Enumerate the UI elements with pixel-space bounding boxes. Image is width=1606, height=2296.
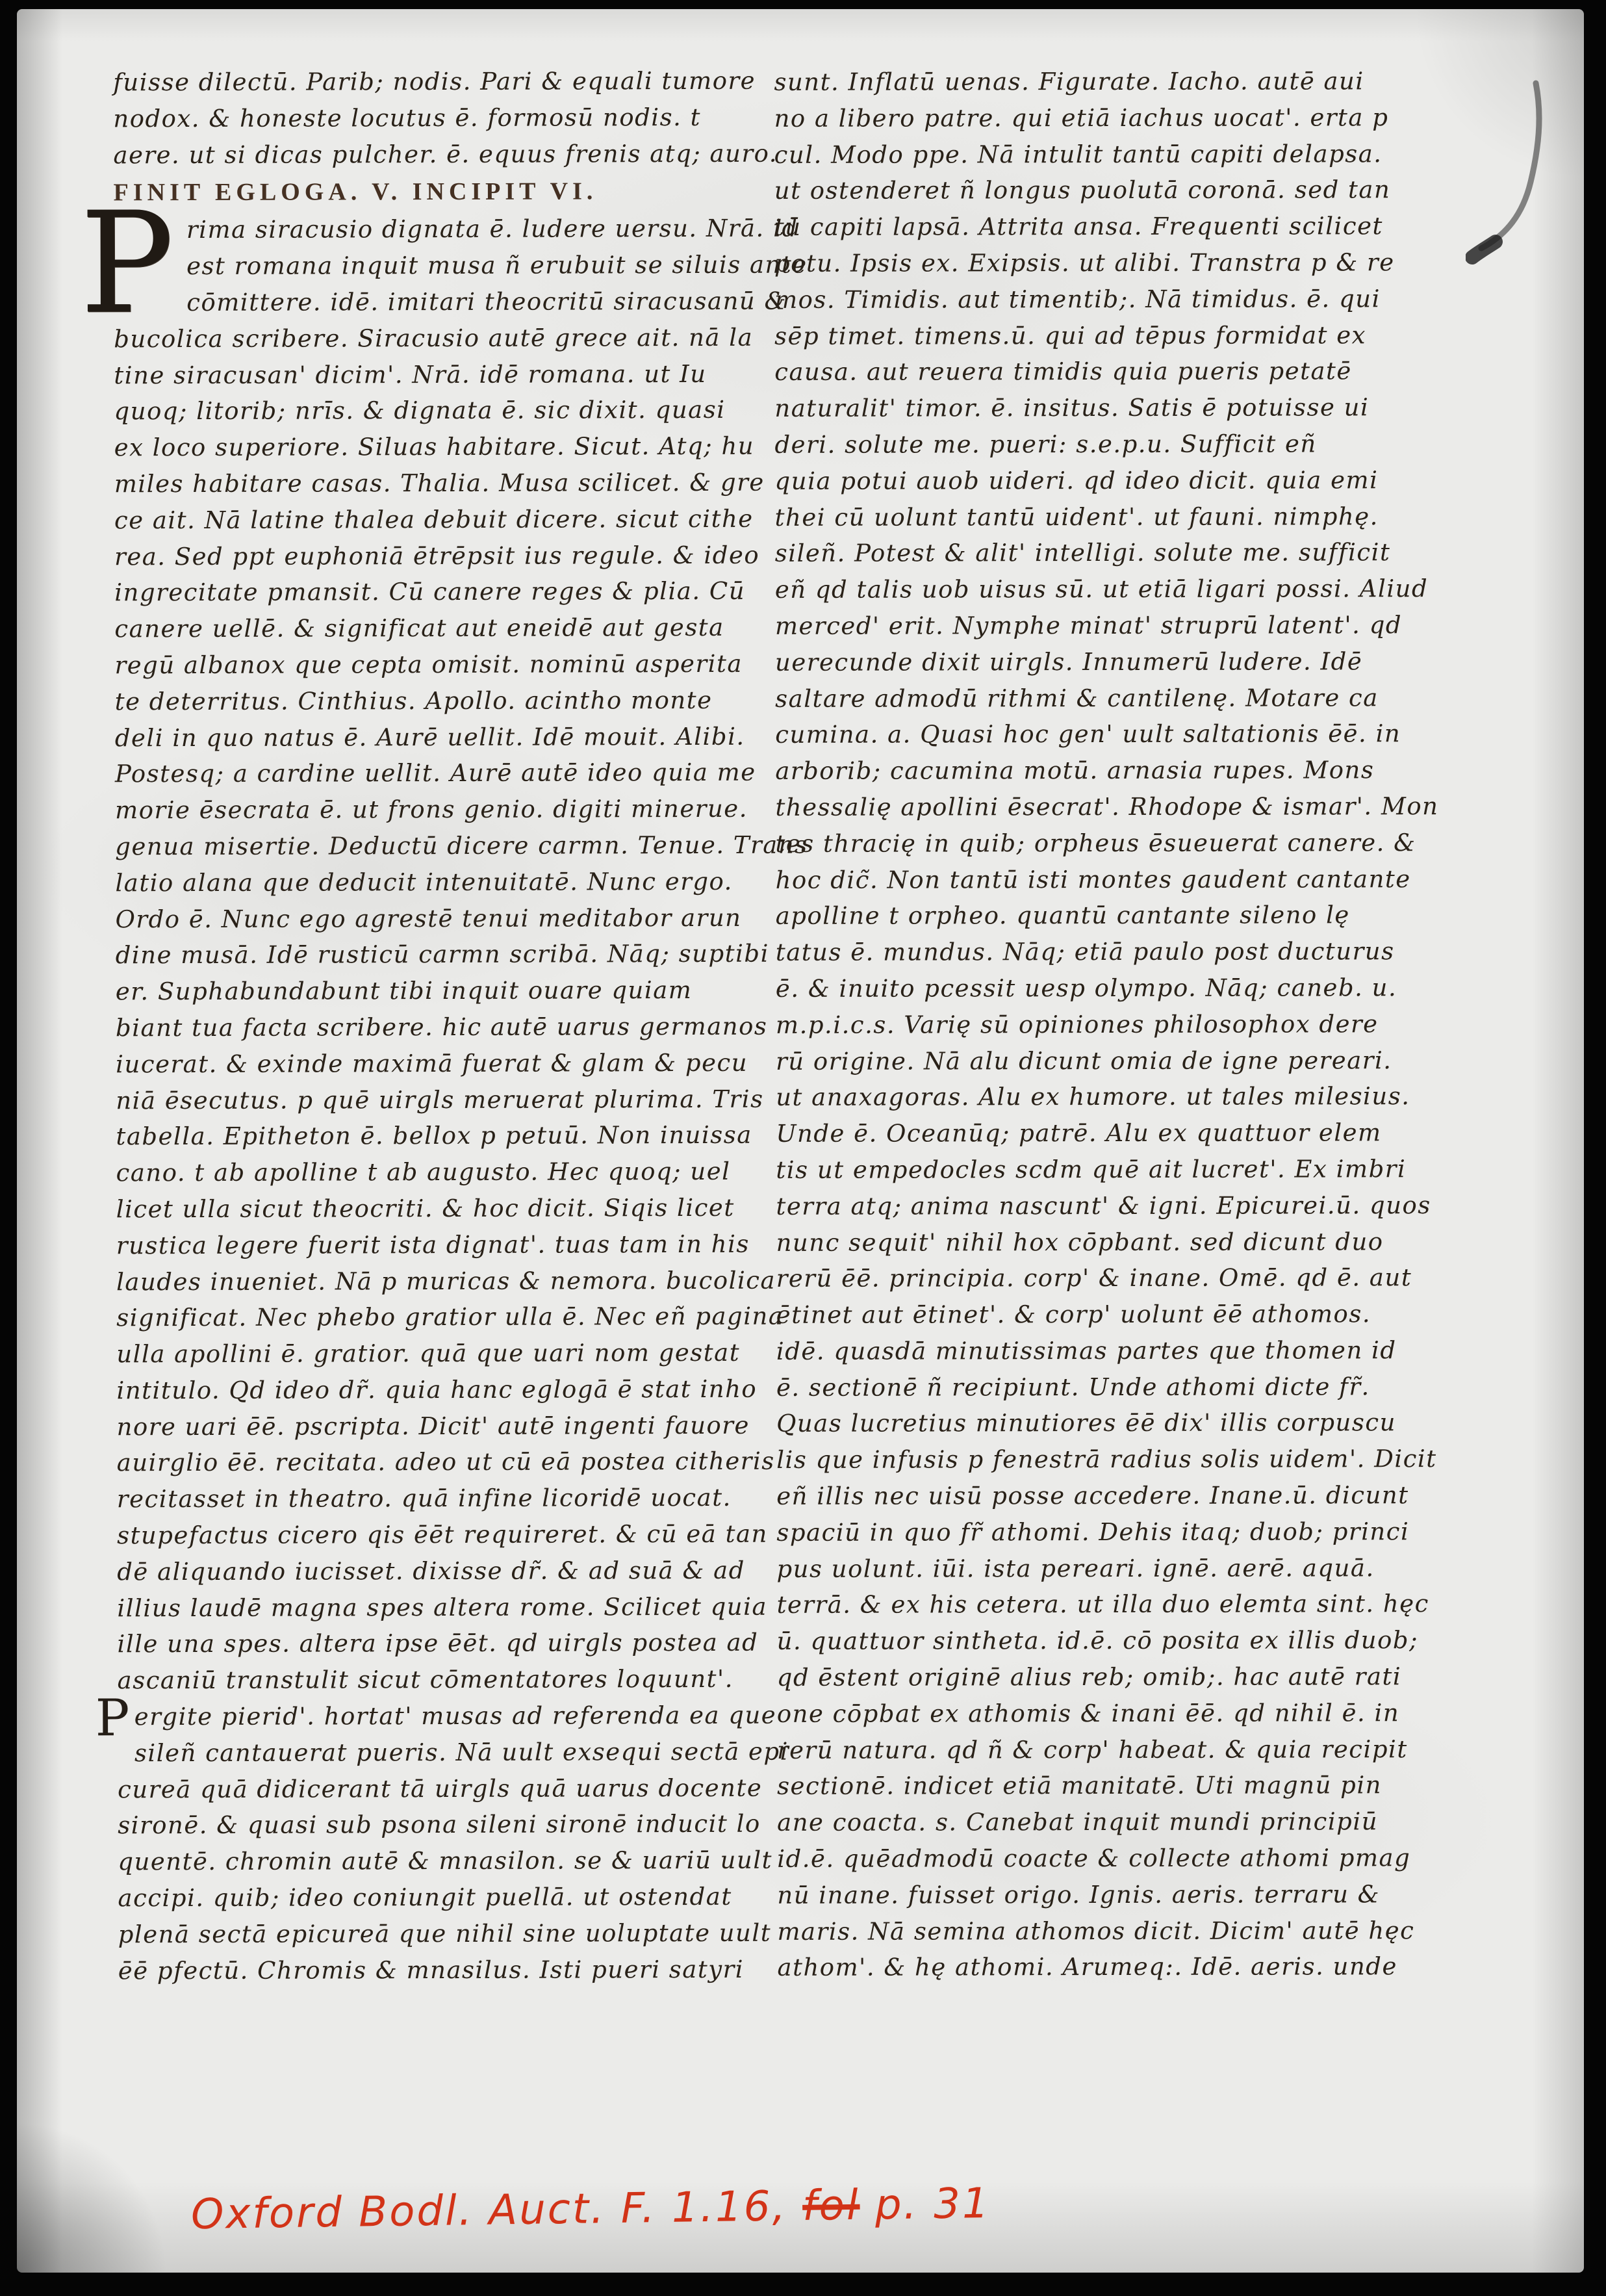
commentary-paragraph-2: P ergite pierid'. hortat' musas ad refer…: [118, 1697, 768, 1989]
manuscript-line: iucerat. & exinde maximā fuerat & glam &…: [116, 1044, 765, 1082]
manuscript-line: no a libero patre. qui etiā iachus uocat…: [774, 99, 1431, 137]
commentary-paragraph-1: P rima siracusio dignata ē. ludere uersu…: [114, 211, 767, 1699]
manuscript-line: ex loco superiore. Siluas habitare. Sicu…: [114, 428, 764, 466]
manuscript-line: ut ostenderet ñ longus puolutā coronā. s…: [774, 172, 1431, 210]
manuscript-line: plenā sectā epicureā que nihil sine uolu…: [118, 1915, 768, 1953]
left-opening-lines: fuisse dilectū. Parib; nodis. Pari & equ…: [113, 63, 763, 174]
rubric-incipit: FINIT EGLOGA. V. INCIPIT VI.: [114, 172, 763, 213]
manuscript-page: fuisse dilectū. Parib; nodis. Pari & equ…: [17, 9, 1584, 2273]
manuscript-line: genua misertie. Deductū dicere carmn. Te…: [115, 827, 765, 865]
manuscript-line: laudes inueniet. Nā p muricas & nemora. …: [116, 1262, 766, 1300]
manuscript-line: tū capiti lapsā. Attrita ansa. Frequenti…: [774, 208, 1431, 246]
manuscript-line: te deterritus. Cinthius. Apollo. acintho…: [115, 682, 765, 719]
manuscript-line: nore uari ēē. pscripta. Dicit' autē inge…: [117, 1407, 767, 1445]
manuscript-line: qd ēstent originē alius reb; omib;. hac …: [777, 1658, 1433, 1696]
manuscript-line: lis que infusis p fenestrā radius solis …: [776, 1441, 1433, 1478]
manuscript-line: dine musā. Idē rusticū carmn scribā. Nāq…: [116, 936, 765, 974]
manuscript-line: miles habitare casas. Thalia. Musa scili…: [114, 465, 764, 502]
manuscript-line: licet ulla sicut theocriti. & hoc dicit.…: [116, 1190, 766, 1228]
manuscript-line: athom'. & hę athomi. Arumeq:. Idē. aeris…: [777, 1949, 1433, 1987]
manuscript-line: stupefactus cicero qis ēēt requireret. &…: [117, 1516, 767, 1554]
manuscript-line: tes thracię in quib; orpheus ēsueuerat c…: [775, 825, 1431, 862]
manuscript-line: rerū natura. qd ñ & corp' habeat. & quia…: [777, 1731, 1433, 1769]
manuscript-line: hoc dic̃. Non tantū isti montes gaudent …: [776, 861, 1432, 899]
manuscript-line: eñ qd talis uob uisus sū. ut etiā ligari…: [775, 571, 1431, 608]
manuscript-line: idē. quasdā minutissimas partes que thom…: [776, 1332, 1433, 1370]
shelfmark-struck-word: fol: [802, 2182, 860, 2230]
manuscript-line: tine siracusan' dicim'. Nrā. idē romana.…: [114, 355, 763, 393]
manuscript-line: dē aliquando iucisset. dixisse dr̃. & ad…: [117, 1553, 767, 1590]
manuscript-line: ergite pierid'. hortat' musas ad referen…: [118, 1697, 767, 1735]
manuscript-line: merced' erit. Nymphe minat' struprū late…: [775, 607, 1431, 645]
margin-initial-P: P: [96, 1699, 131, 1736]
manuscript-line: ascaniū transtulit sicut cōmentatores lo…: [118, 1661, 767, 1699]
manuscript-line: ane coacta. s. Canebat inquit mundi prin…: [777, 1803, 1433, 1841]
manuscript-line: rerū ēē. principia. corp' & inane. Omē. …: [776, 1259, 1433, 1297]
shelfmark-annotation: Oxford Bodl. Auct. F. 1.16, fol p. 31: [191, 2179, 1036, 2239]
drop-cap-initial-P: P: [80, 214, 175, 320]
manuscript-line: recitasset in theatro. quā infine licori…: [117, 1480, 767, 1517]
manuscript-line: Postesq; a cardine uellit. Aurē autē ide…: [115, 755, 765, 792]
manuscript-line: terra atq; anima nascunt' & igni. Epicur…: [776, 1187, 1432, 1225]
manuscript-line: auirglio ēē. recitata. adeo ut cū eā pos…: [117, 1443, 767, 1481]
manuscript-line: Unde ē. Oceanūq; patrē. Alu ex quattuor …: [776, 1115, 1432, 1152]
manuscript-line: tis ut empedocles scdm quē ait lucret'. …: [776, 1151, 1432, 1189]
manuscript-line: cumina. a. Quasi hoc gen' uult saltation…: [775, 716, 1431, 753]
manuscript-line: cano. t ab apolline t ab augusto. Hec qu…: [116, 1154, 766, 1191]
left-body-lines: rima siracusio dignata ē. ludere uersu. …: [114, 211, 767, 1699]
manuscript-line: rea. Sed ppt euphoniā ētrēpsit ius regul…: [114, 537, 764, 574]
manuscript-line: uerecunde dixit uirgls. Innumerū ludere.…: [775, 643, 1431, 681]
manuscript-line: accipi. quib; ideo coniungit puellā. ut …: [118, 1879, 767, 1916]
manuscript-line: saltare admodū rithmi & cantilenę. Motar…: [775, 680, 1431, 717]
manuscript-line: ingrecitate pmansit. Cū canere reges & p…: [114, 573, 764, 611]
manuscript-line: nunc sequit' nihil hox cōpbant. sed dicu…: [776, 1224, 1433, 1261]
manuscript-line: sectionē. indicet etiā manitatē. Uti mag…: [777, 1768, 1433, 1805]
manuscript-line: cōmittere. idē. imitari theocritū siracu…: [114, 283, 763, 321]
shelfmark-text: Oxford Bodl. Auct. F. 1.16,: [191, 2182, 803, 2239]
manuscript-line: intitulo. Qd ideo dr̃. quia hanc eglogā …: [116, 1371, 766, 1409]
manuscript-line: m.p.i.c.s. Varię sū opiniones philosopho…: [776, 1006, 1432, 1044]
manuscript-line: er. Suphabundabunt tibi inquit ouare qui…: [116, 972, 765, 1010]
manuscript-line: illius laudē magna spes altera rome. Sci…: [117, 1588, 767, 1626]
manuscript-line: terrā. & ex his cetera. ut illa duo elem…: [777, 1586, 1433, 1624]
manuscript-line: Ordo ē. Nunc ego agrestē tenui meditabor…: [115, 899, 765, 937]
manuscript-line: biant tua facta scribere. hic autē uarus…: [116, 1009, 765, 1046]
manuscript-line: ille una spes. altera ipse ēēt. qd uirgl…: [117, 1625, 767, 1662]
manuscript-line: maris. Nā semina athomos dicit. Dicim' a…: [777, 1913, 1433, 1950]
shelfmark-page-number: p. 31: [860, 2180, 991, 2230]
manuscript-line: bucolica scribere. Siracusio autē grece …: [114, 319, 763, 357]
manuscript-line: thei cū uolunt tantū uident'. ut fauni. …: [775, 498, 1431, 536]
manuscript-line: cureā quā didicerant tā uirgls quā uarus…: [118, 1770, 767, 1807]
left-closing-lines: ergite pierid'. hortat' musas ad referen…: [118, 1697, 768, 1989]
manuscript-line: sironē. & quasi sub psona sileni sironē …: [118, 1806, 767, 1844]
manuscript-line: rustica legere fuerit ista dignat'. tuas…: [116, 1226, 766, 1263]
manuscript-line: potu. Ipsis ex. Exipsis. ut alibi. Trans…: [774, 244, 1431, 282]
manuscript-line: ētinet aut ētinet'. & corp' uolunt ēē at…: [776, 1296, 1433, 1334]
manuscript-line: regū albanox que cepta omisit. nominū as…: [114, 646, 764, 684]
manuscript-line: quentē. chromin autē & mnasilon. se & ua…: [118, 1842, 767, 1880]
manuscript-line: Quas lucretius minutiores ēē dix' illis …: [776, 1405, 1433, 1443]
manuscript-line: ulla apollini ē. gratior. quā que uari n…: [116, 1335, 766, 1373]
manuscript-line: deli in quo natus ē. Aurē uellit. Idē mo…: [115, 718, 765, 756]
manuscript-line: tabella. Epitheton ē. bellox p petuū. No…: [116, 1117, 765, 1155]
manuscript-line: sileñ. Potest & alit' intelligi. solute …: [775, 534, 1431, 572]
manuscript-line: latio alana que deducit intenuitatē. Nun…: [115, 863, 765, 901]
manuscript-line: quia potui auob uideri. qd ideo dicit. q…: [774, 462, 1431, 500]
manuscript-line: deri. solute me. pueri: s.e.p.u. Suffici…: [774, 426, 1431, 463]
manuscript-line: arborib; cacumina motū. arnasia rupes. M…: [775, 752, 1431, 790]
manuscript-line: niā ēsecutus. p quē uirgls meruerat plur…: [116, 1081, 765, 1118]
manuscript-line: mos. Timidis. aut timentib;. Nā timidus.…: [774, 281, 1431, 318]
manuscript-line: spaciū in quo fr̃ athomi. Dehis itaq; du…: [776, 1514, 1433, 1551]
manuscript-line: nū inane. fuisset origo. Ignis. aeris. t…: [777, 1876, 1433, 1914]
photo-black-frame: fuisse dilectū. Parib; nodis. Pari & equ…: [0, 0, 1606, 2296]
manuscript-line: eñ illis nec uisū posse accedere. Inane.…: [776, 1477, 1433, 1515]
manuscript-line: quoq; litorib; nrīs. & dignata ē. sic di…: [114, 392, 763, 430]
manuscript-line: one cōpbat ex athomis & inani ēē. qd nih…: [777, 1695, 1433, 1733]
manuscript-line: causa. aut reuera timidis quia pueris pe…: [774, 353, 1431, 391]
right-column: sunt. Inflatū uenas. Figurate. Iacho. au…: [774, 63, 1433, 1986]
manuscript-line: naturalit' timor. ē. insitus. Satis ē po…: [774, 389, 1431, 427]
manuscript-line: est romana inquit musa ñ erubuit se silu…: [114, 247, 763, 285]
ink-smudge-mark: [1466, 71, 1570, 279]
manuscript-line: thessalię apollini ēsecrat'. Rhodope & i…: [775, 788, 1431, 826]
manuscript-line: nodox. & honeste locutus ē. formosū nodi…: [113, 99, 763, 136]
manuscript-line: ē. sectionē ñ recipiunt. Unde athomi dic…: [776, 1369, 1433, 1406]
manuscript-line: rū origine. Nā alu dicunt omia de igne p…: [776, 1042, 1432, 1080]
manuscript-line: id.ē. quēadmodū coacte & collecte athomi…: [777, 1840, 1433, 1877]
manuscript-line: ut anaxagoras. Alu ex humore. ut tales m…: [776, 1078, 1432, 1116]
manuscript-line: sileñ cantauerat pueris. Nā uult exsequi…: [118, 1734, 767, 1772]
manuscript-line: morie ēsecrata ē. ut frons genio. digiti…: [115, 791, 765, 829]
manuscript-line: fuisse dilectū. Parib; nodis. Pari & equ…: [113, 63, 763, 101]
manuscript-line: ēē pfectū. Chromis & mnasilus. Isti puer…: [118, 1951, 768, 1989]
manuscript-line: significat. Nec phebo gratior ulla ē. Ne…: [116, 1298, 766, 1336]
manuscript-line: sēp timet. timens.ū. qui ad tēpus formid…: [774, 317, 1431, 355]
manuscript-line: apolline t orpheo. quantū cantante silen…: [776, 897, 1432, 935]
manuscript-line: ē. & inuito pcessit uesp olympo. Nāq; ca…: [776, 970, 1432, 1007]
manuscript-line: ū. quattuor sintheta. id.ē. cō posita ex…: [777, 1622, 1433, 1660]
manuscript-line: rima siracusio dignata ē. ludere uersu. …: [114, 211, 763, 248]
manuscript-line: sunt. Inflatū uenas. Figurate. Iacho. au…: [774, 63, 1430, 101]
manuscript-line: cul. Modo ppe. Nā intulit tantū capiti d…: [774, 136, 1431, 174]
manuscript-line: pus uolunt. iūi. ista pereari. ignē. aer…: [776, 1550, 1433, 1588]
manuscript-line: canere uellē. & significat aut eneidē au…: [114, 610, 764, 647]
left-column: fuisse dilectū. Parib; nodis. Pari & equ…: [113, 63, 768, 1989]
manuscript-line: aere. ut si dicas pulcher. ē. equus fren…: [113, 135, 763, 173]
manuscript-line: ce ait. Nā latine thalea debuit dicere. …: [114, 500, 764, 538]
manuscript-line: tatus ē. mundus. Nāq; etiā paulo post du…: [776, 933, 1432, 971]
